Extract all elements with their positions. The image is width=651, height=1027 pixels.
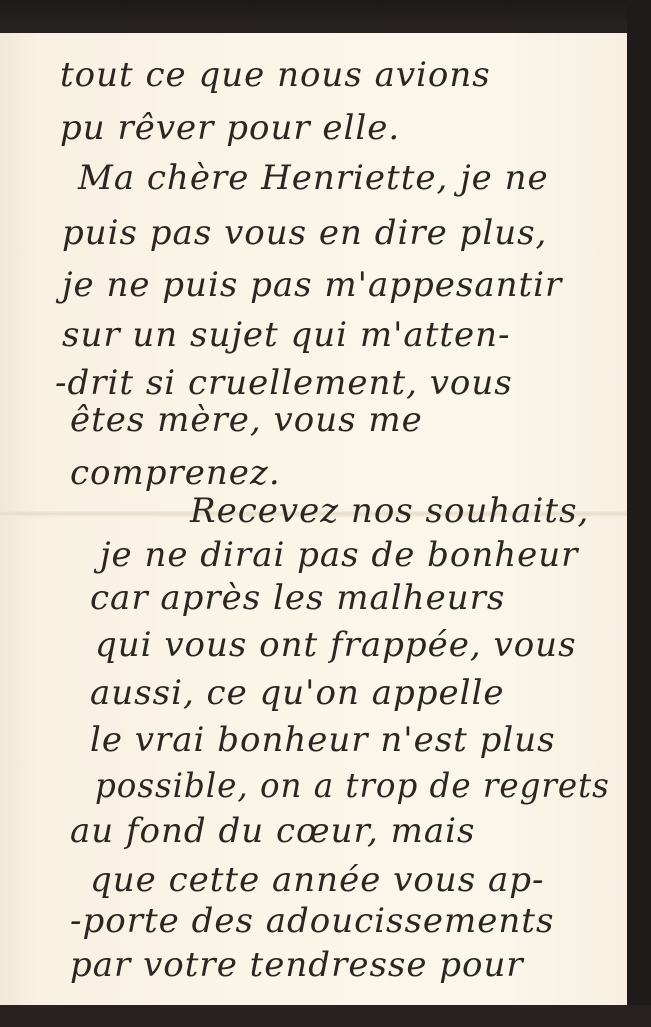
letter-line: -porte des adoucissements: [70, 901, 554, 941]
dark-backdrop-bottom: [0, 1005, 651, 1027]
handwritten-text-block: tout ce que nous avions pu rêver pour el…: [0, 33, 627, 1005]
letter-line: je ne puis pas m'appesantir: [62, 265, 562, 305]
letter-line: pu rêver pour elle.: [60, 108, 400, 148]
letter-line: je ne dirai pas de bonheur: [100, 535, 578, 575]
letter-line: Recevez nos souhaits,: [190, 491, 589, 531]
letter-line: qui vous ont frappée, vous: [95, 625, 577, 665]
letter-line: que cette année vous ap-: [90, 860, 544, 900]
letter-line: le vrai bonheur n'est plus: [90, 720, 556, 760]
letter-line: Ma chère Henriette, je ne: [78, 158, 549, 198]
letter-line: tout ce que nous avions: [60, 55, 491, 95]
letter-line: -drit si cruellement, vous: [55, 363, 513, 403]
letter-page: tout ce que nous avions pu rêver pour el…: [0, 33, 627, 1005]
letter-line: au fond du cœur, mais: [70, 811, 476, 851]
dark-backdrop: [0, 0, 651, 34]
dark-backdrop-right: [627, 0, 651, 1027]
letter-line: sur un sujet qui m'atten-: [62, 315, 511, 355]
letter-line: par votre tendresse pour: [70, 945, 524, 985]
letter-line: puis pas vous en dire plus,: [62, 213, 547, 253]
letter-line: comprenez.: [70, 453, 281, 493]
letter-line: possible, on a trop de regrets: [95, 766, 610, 806]
letter-line: aussi, ce qu'on appelle: [90, 673, 505, 713]
letter-line: êtes mère, vous me: [70, 400, 423, 440]
letter-line: car après les malheurs: [90, 578, 505, 618]
